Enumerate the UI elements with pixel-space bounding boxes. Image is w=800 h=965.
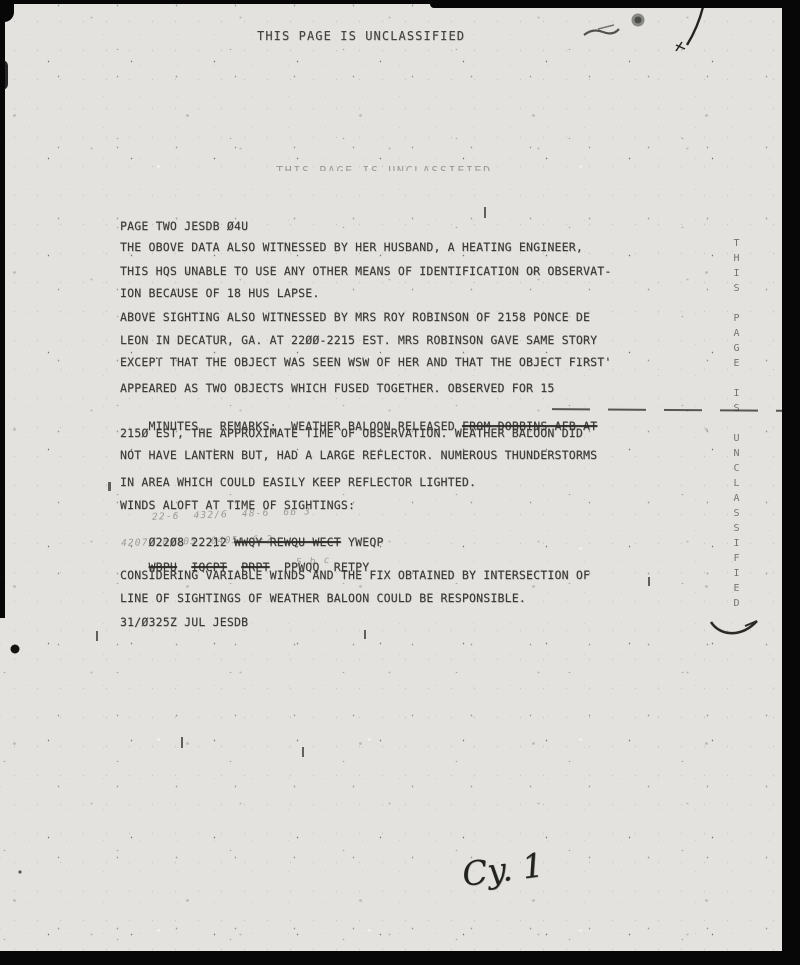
scanned-document-page: THIS PAGE IS UNCLASSIFIED THIS PAGE IS U… (0, 0, 800, 965)
pen-mark-arc (711, 621, 757, 633)
scan-edge-left-corner (0, 0, 14, 22)
ink-blob (632, 14, 645, 27)
scan-edge-right (782, 0, 800, 965)
text-line: ABOVE SIGHTING ALSO WITNESSED BY MRS ROY… (120, 310, 590, 324)
text-line: APPEARED AS TWO OBJECTS WHICH FUSED TOGE… (120, 381, 555, 395)
text-line: LINE OF SIGHTINGS OF WEATHER BALOON COUL… (120, 591, 526, 605)
ink-tick (302, 747, 304, 757)
ink-tick (181, 737, 183, 748)
scan-edge-left-notch (0, 60, 8, 90)
ink-tick (108, 482, 111, 491)
pen-mark-scribble (584, 29, 619, 35)
text-line: THIS HQS UNABLE TO USE ANY OTHER MEANS O… (120, 264, 612, 278)
scan-edge-left (0, 0, 5, 618)
text-line: EXCEPT THAT THE OBJECT WAS SEEN WSW OF H… (120, 355, 612, 369)
scan-edge-top-right (430, 0, 800, 8)
text-line: PAGE TWO JESDB Ø4U (120, 219, 248, 233)
text-line: NOT HAVE LANTERN BUT, HAD A LARGE REFLEC… (120, 448, 597, 462)
text-line: CONSIDERING VARIABLE WINDS AND THE FIX O… (120, 568, 590, 582)
unclassified-stamp-faded: THIS PAGE IS UNCLASSIFIED (276, 164, 492, 171)
pen-mark-scribble (598, 25, 614, 29)
ink-blob (635, 17, 642, 24)
ink-dot (11, 645, 20, 654)
text-line: THE OBOVE DATA ALSO WITNESSED BY HER HUS… (120, 240, 583, 254)
ink-tick (484, 207, 486, 218)
ink-tick (364, 630, 366, 639)
text-line: LEON IN DECATUR, GA. AT 22ØØ-2215 EST. M… (120, 333, 597, 347)
ink-tick (648, 577, 650, 586)
unclassified-stamp-top: THIS PAGE IS UNCLASSIFIED (257, 29, 465, 43)
scan-edge-bottom (0, 951, 800, 965)
ink-tick (96, 631, 98, 641)
text-line: 215Ø EST, THE APPROXIMATE TIME OF OBSERV… (120, 426, 583, 440)
ink-speck (18, 870, 21, 873)
pen-mark-arc-tail (745, 621, 757, 626)
copy-number-handwriting: Cy. 1 (460, 845, 546, 894)
text-line: 31/Ø325Z JUL JESDB (120, 615, 248, 629)
pen-mark-k (676, 42, 685, 51)
text-line: ION BECAUSE OF 18 HUS LAPSE. (120, 286, 319, 300)
text-line: IN AREA WHICH COULD EASILY KEEP REFLECTO… (120, 475, 476, 489)
unclassified-stamp-vertical: THIS PAGE IS UNCLASSIFIED (731, 238, 742, 598)
pen-mark-slash (687, 7, 703, 45)
